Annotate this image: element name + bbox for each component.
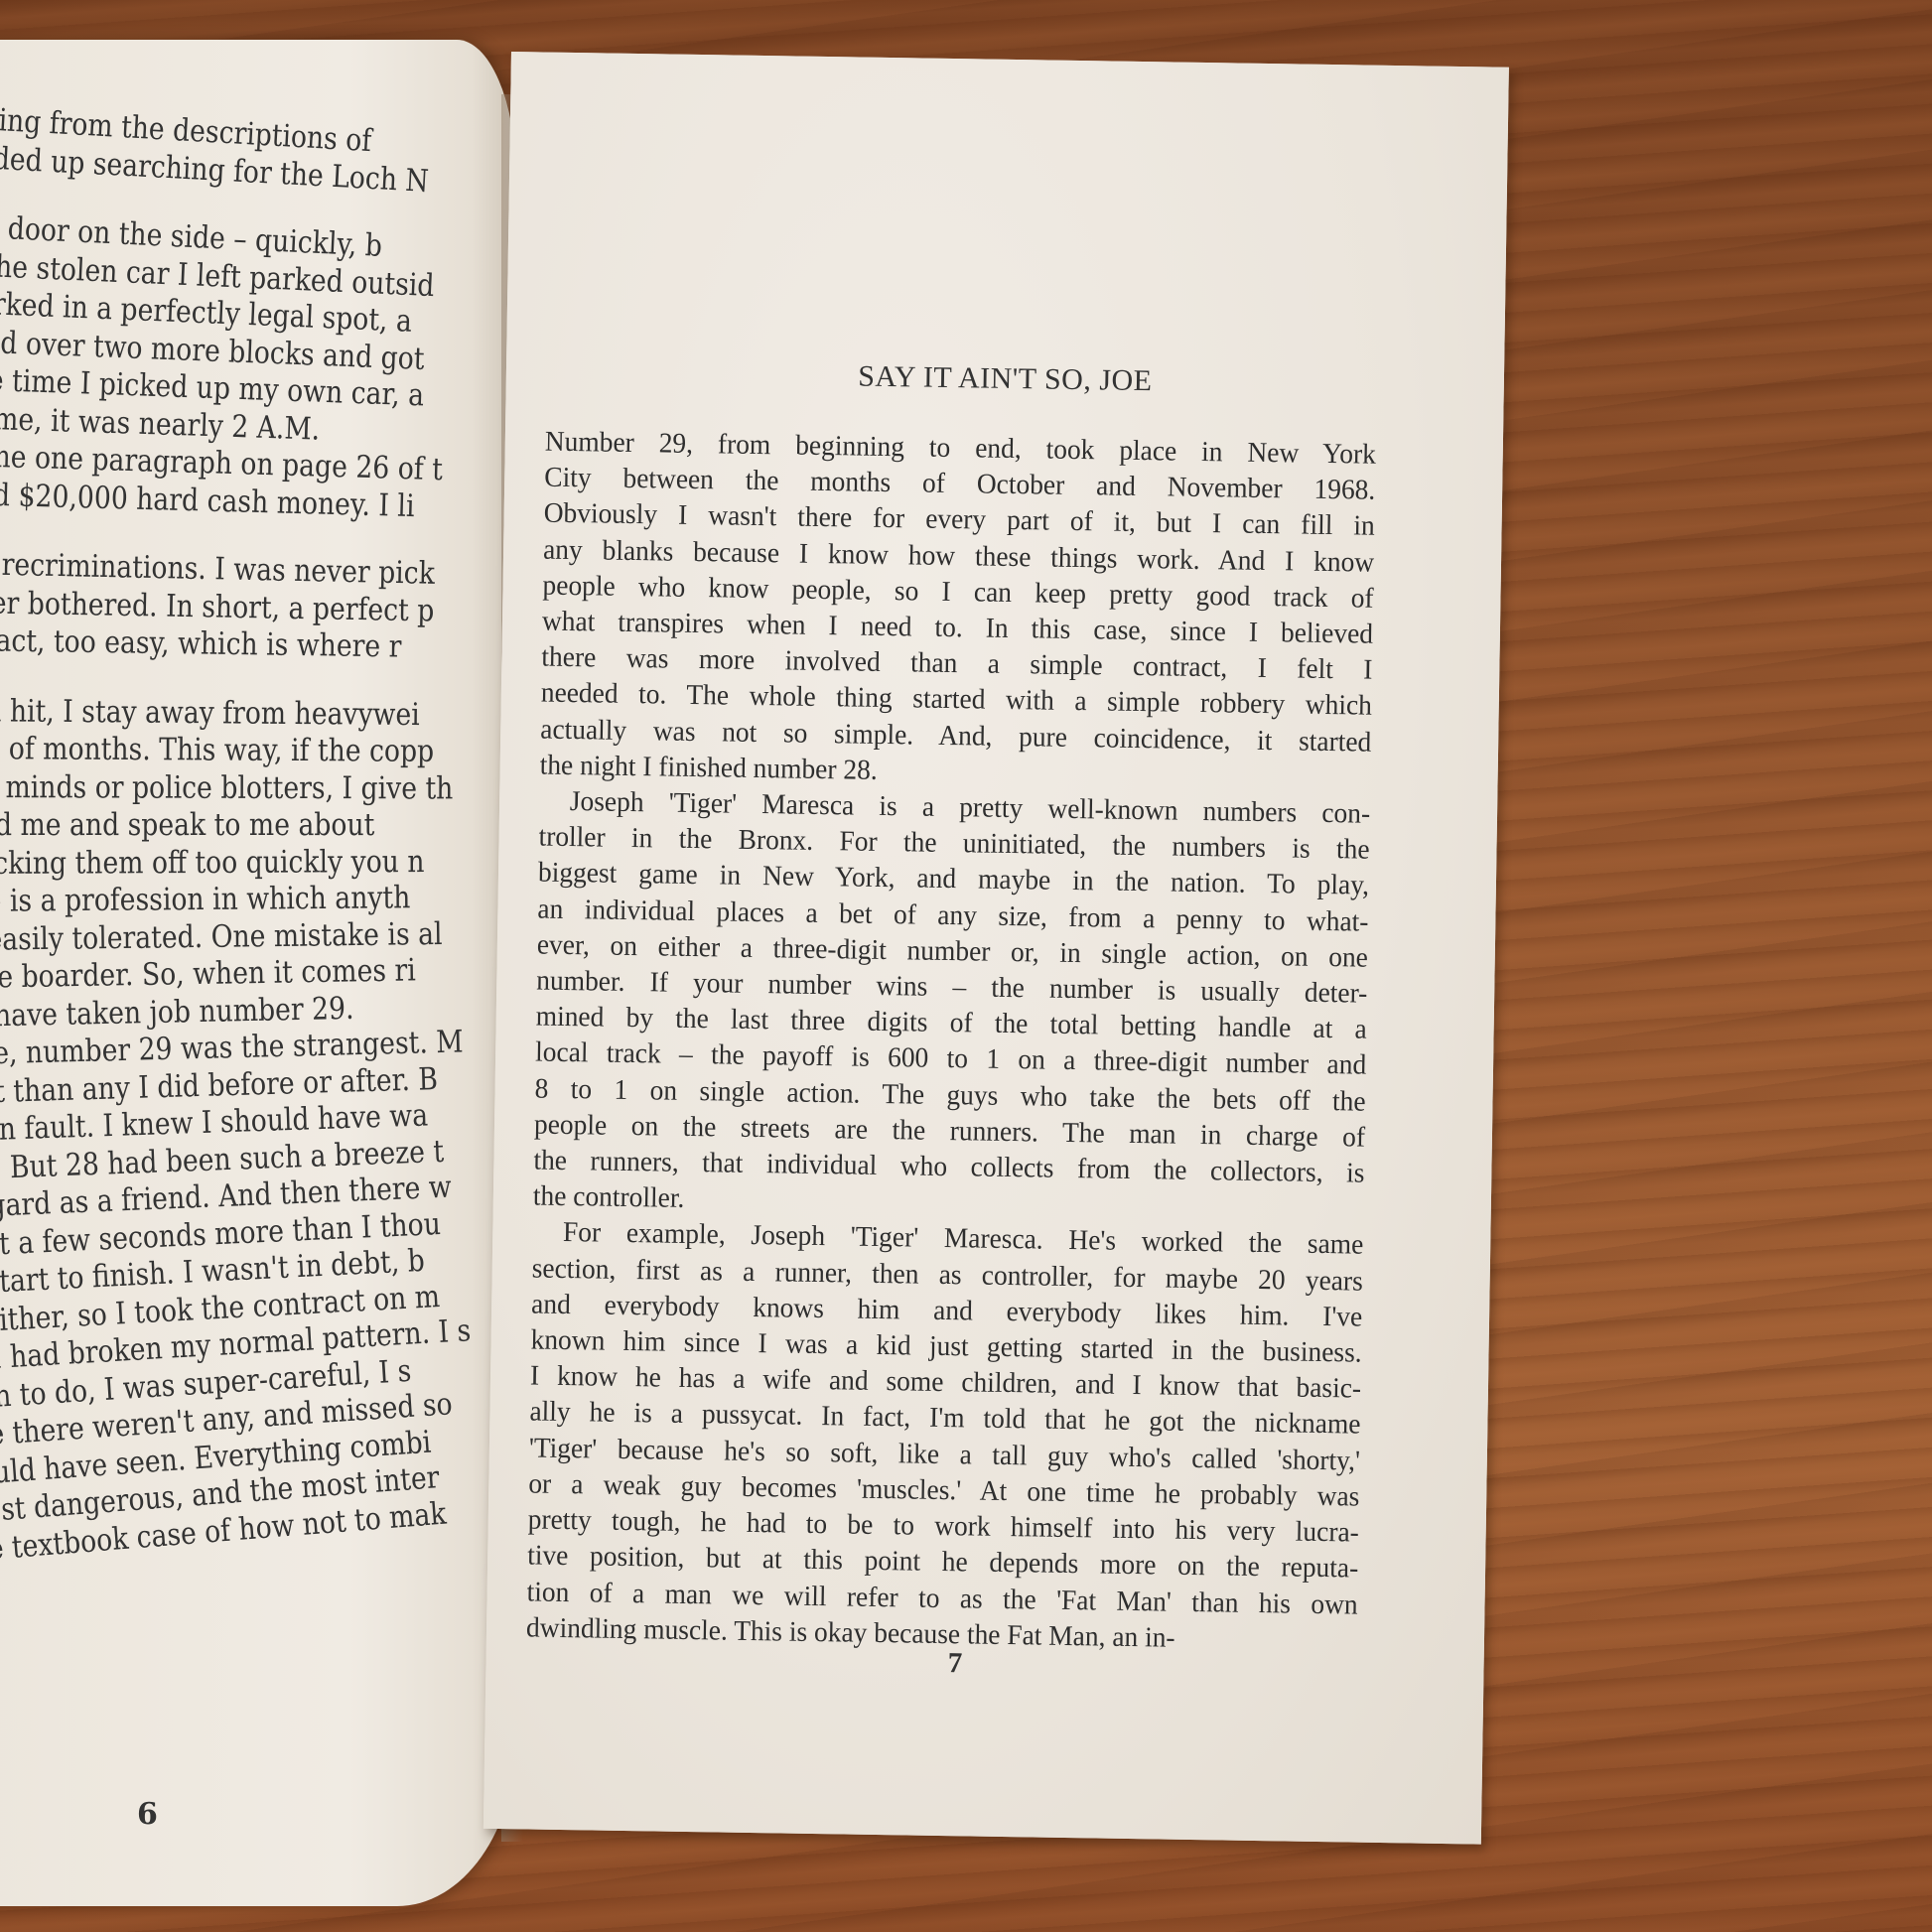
text-line: nocking them off too quickly you n	[0, 842, 506, 883]
left-page: awing from the descriptions ofended up s…	[0, 40, 516, 1906]
text-line: find me and speak to me about	[0, 806, 506, 845]
left-page-text: awing from the descriptions ofended up s…	[0, 99, 516, 1571]
right-page: SAY IT AIN'T SO, JOE Number 29, from beg…	[483, 52, 1509, 1845]
text-line: ole of months. This way, if the copp	[0, 730, 507, 771]
right-page-body: Number 29, from beginning to end, took p…	[526, 425, 1376, 1660]
text-line: n fact, too easy, which is where r	[0, 621, 507, 668]
text-line: ine is a profession in which anyth	[0, 878, 507, 920]
chapter-title: SAY IT AIN'T SO, JOE	[506, 354, 1504, 404]
text-line: eir minds or police blotters, I give th	[0, 768, 506, 808]
left-page-number: 6	[137, 1797, 158, 1832]
text-line: g a hit, I stay away from heavywei	[0, 692, 507, 735]
